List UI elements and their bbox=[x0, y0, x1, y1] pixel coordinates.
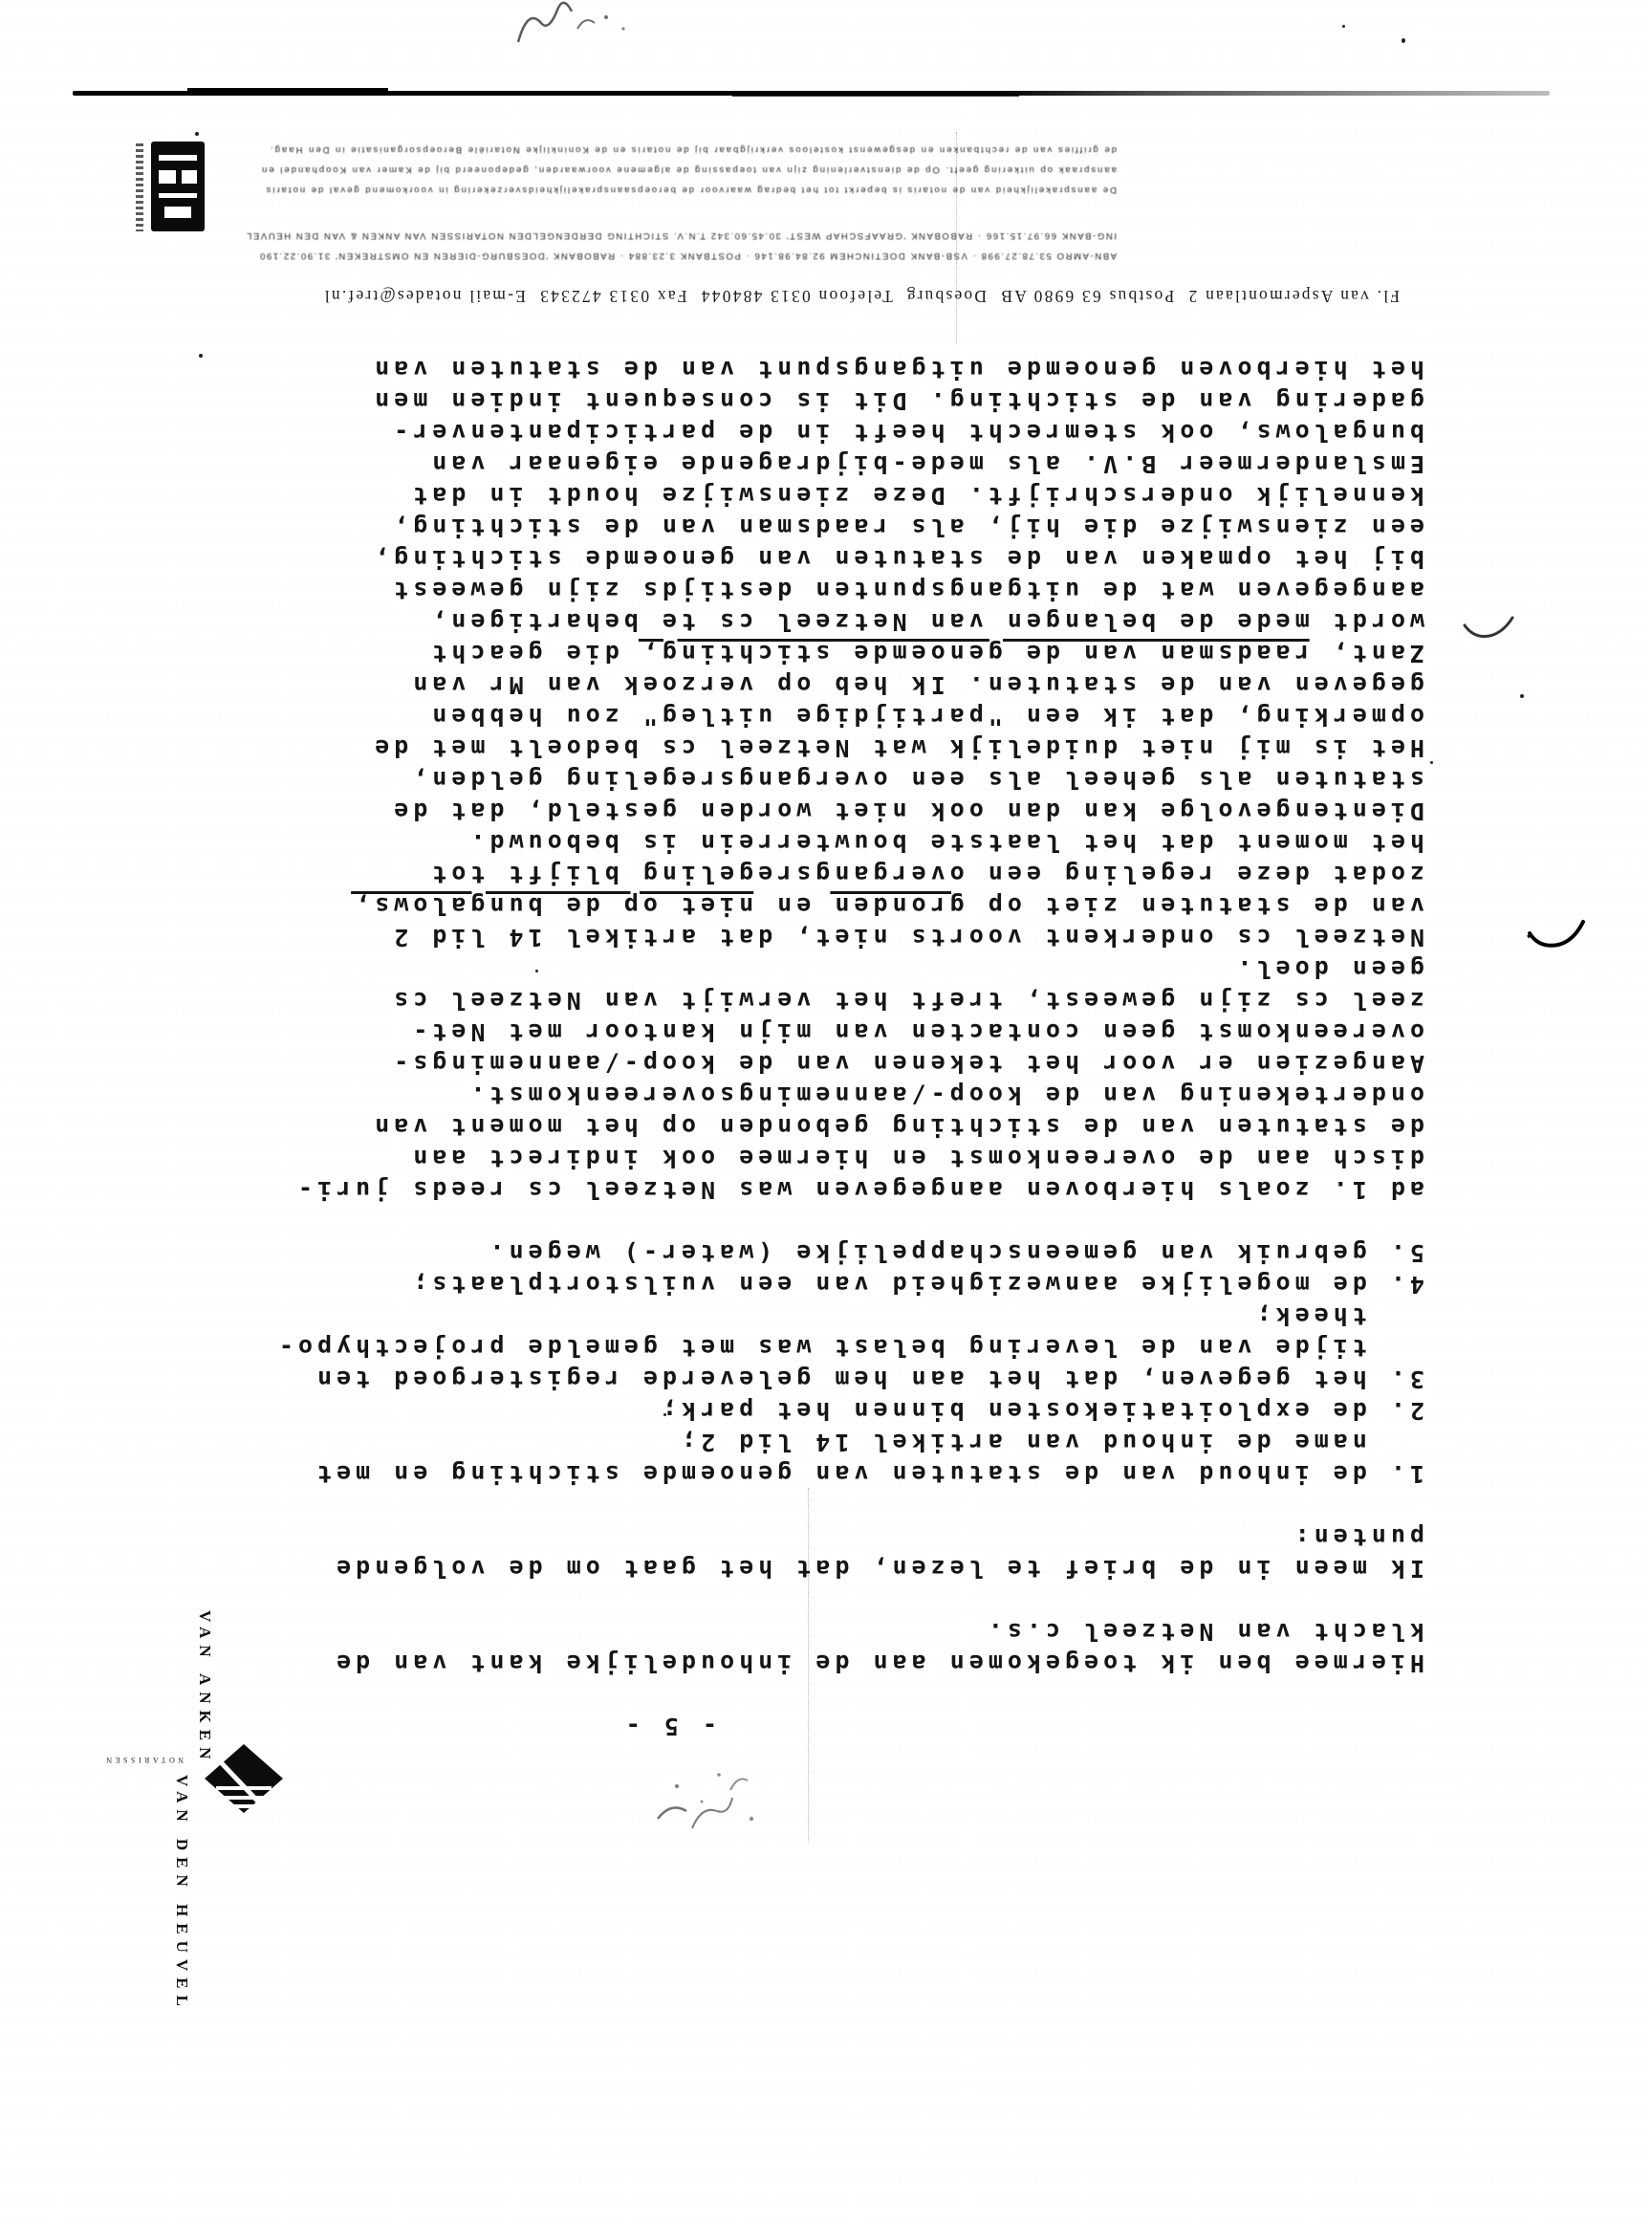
letter-line: Ik meen in de brief te lezen, dat het ga… bbox=[222, 1553, 1424, 1584]
letterhead-footer-line: de griffies van de rechtbanken en desgew… bbox=[218, 140, 1117, 160]
margin-tick-icon bbox=[1526, 916, 1589, 954]
letter-line: van de statuten ziet op gronden en niet … bbox=[222, 890, 1424, 922]
letter-line bbox=[222, 1206, 1424, 1237]
address-contact-line: Fl. van Aspermontlaan 2 Postbus 63 6980 … bbox=[222, 281, 1400, 306]
letter-line bbox=[222, 1490, 1424, 1521]
letter-line: geen doel. bbox=[222, 953, 1424, 985]
letterhead-footer-line: De aansprakelijkheid van de notaris is b… bbox=[218, 180, 1117, 200]
toner-speck bbox=[1342, 25, 1345, 28]
letter-line: overeenkomst geen contacten van mijn kan… bbox=[222, 1016, 1424, 1048]
ink-smudge-icon bbox=[639, 1752, 782, 1844]
letter-line: name de inhoud van artikel 14 lid 2; bbox=[222, 1427, 1424, 1458]
letter-line: ondertekening van de koop-/aannemingsove… bbox=[222, 1080, 1424, 1111]
margin-tick-icon bbox=[1461, 612, 1516, 644]
letter-line: 4. de mogelijke aanwezigheid van een vui… bbox=[222, 1269, 1424, 1300]
letter-line: de statuten van de stichting gebonden op… bbox=[222, 1111, 1424, 1143]
letter-line: gadering van de stichting. Dit is conseq… bbox=[222, 385, 1424, 417]
letter-line: tijde van de levering belast was met gem… bbox=[222, 1332, 1424, 1364]
toner-speck bbox=[1430, 761, 1433, 764]
liability-smallprint: De aansprakelijkheid van de notaris is b… bbox=[218, 140, 1117, 200]
scanned-letter-page: { "meta": { "description": "Scanned page… bbox=[0, 0, 1652, 2228]
toner-speck bbox=[1402, 38, 1405, 43]
letter-line: - 5 - bbox=[222, 1711, 1424, 1742]
letter-line: het hierboven genoemde uitgangspunt van … bbox=[222, 354, 1424, 385]
letterhead-footer-line: aanspraak op uitkering geeft. Op de dien… bbox=[218, 160, 1117, 180]
paper-crease bbox=[956, 132, 957, 344]
pen-scribble-icon bbox=[511, 0, 635, 50]
letter-line: Zant, raadsman van de genoemde stichting… bbox=[222, 638, 1424, 669]
letter-line: Dientengevolge kan dan ook niet worden g… bbox=[222, 796, 1424, 827]
letter-body: - 5 - Hiermee ben ik toegekomen aan de i… bbox=[222, 340, 1424, 1742]
toner-speck bbox=[663, 1413, 666, 1416]
firm-name-van-den-heuvel: VAN DEN HEUVEL bbox=[172, 1775, 191, 2013]
letter-line bbox=[222, 1679, 1424, 1711]
letter-line: bungalows, ook stemrecht heeft in de par… bbox=[222, 417, 1424, 448]
letter-line: ad 1. zoals hierboven aangegeven was Net… bbox=[222, 1174, 1424, 1206]
letter-line: 3. het gegeven, dat het aan hem geleverd… bbox=[222, 1364, 1424, 1395]
letter-line: wordt mede de belangen van Netzeel cs te… bbox=[222, 606, 1424, 638]
diamond-logo bbox=[203, 1742, 285, 1815]
letter-line: punten: bbox=[222, 1521, 1424, 1553]
paper-crease bbox=[808, 1488, 809, 1842]
letterhead-footer-line: ING-BANK 66.97.15.166 · RABOBANK 'GRAAFS… bbox=[218, 226, 1117, 246]
toner-speck bbox=[535, 970, 538, 972]
vertical-microtext-strip bbox=[136, 143, 143, 231]
letter-line: klacht van Netzeel c.s. bbox=[222, 1616, 1424, 1648]
toner-speck bbox=[1520, 694, 1524, 698]
letter-line: Emslandermeer B.V. als mede-bijdragende … bbox=[222, 448, 1424, 480]
letterhead-stamp-logo bbox=[151, 142, 205, 231]
letter-line: een zienswijze die hij, als raadsman van… bbox=[222, 512, 1424, 543]
letter-line: kennelijk onderschrijft. Deze zienswijze… bbox=[222, 480, 1424, 512]
letter-line: 1. de inhoud van de statuten van genoemd… bbox=[222, 1458, 1424, 1490]
letter-line: theek; bbox=[222, 1300, 1424, 1332]
letter-line: Het is mij niet duidelijk wat Netzeel cs… bbox=[222, 732, 1424, 764]
letter-line: opmerking, dat ik een "partijdige uitleg… bbox=[222, 701, 1424, 732]
toner-speck bbox=[199, 354, 203, 358]
letter-line: Aangezien er voor het tekenen van de koo… bbox=[222, 1048, 1424, 1080]
letter-line: statuten als geheel als een overgangsreg… bbox=[222, 764, 1424, 796]
letterhead-footer-line: ABN-AMRO 53.78.27.998 · VSB-BANK DOETINC… bbox=[218, 246, 1117, 266]
letter-line: 5. gebruik van gemeenschappelijke (water… bbox=[222, 1237, 1424, 1269]
letter-line: 2. de exploitatiekosten binnen het park; bbox=[222, 1395, 1424, 1427]
letter-line bbox=[222, 1584, 1424, 1616]
letter-line: Netzeel cs onderkent voorts niet, dat ar… bbox=[222, 922, 1424, 953]
letter-line: aangegeven wat de uitgangspunten destijd… bbox=[222, 575, 1424, 606]
fax-scan-line bbox=[73, 91, 1550, 96]
letter-line: Hiermee ben ik toegekomen aan de inhoude… bbox=[222, 1648, 1424, 1679]
bank-account-lines: ABN-AMRO 53.78.27.998 · VSB-BANK DOETINC… bbox=[218, 226, 1117, 266]
letter-line: gegeven van de statuten. Ik heb op verzo… bbox=[222, 669, 1424, 701]
letter-line: het moment dat het laatste bouwterrein i… bbox=[222, 827, 1424, 859]
letter-line: zodat deze regeling een overgangsregelin… bbox=[222, 859, 1424, 890]
firm-subtitle-notarissen: NOTARISSEN bbox=[103, 1756, 184, 1764]
toner-speck bbox=[195, 132, 199, 136]
letter-line: bij het opmaken van de statuten van geno… bbox=[222, 543, 1424, 575]
letter-line: disch aan de overeenkomst en hiermee ook… bbox=[222, 1143, 1424, 1174]
letter-line: zeel cs zijn geweest, treft het verwijt … bbox=[222, 985, 1424, 1016]
